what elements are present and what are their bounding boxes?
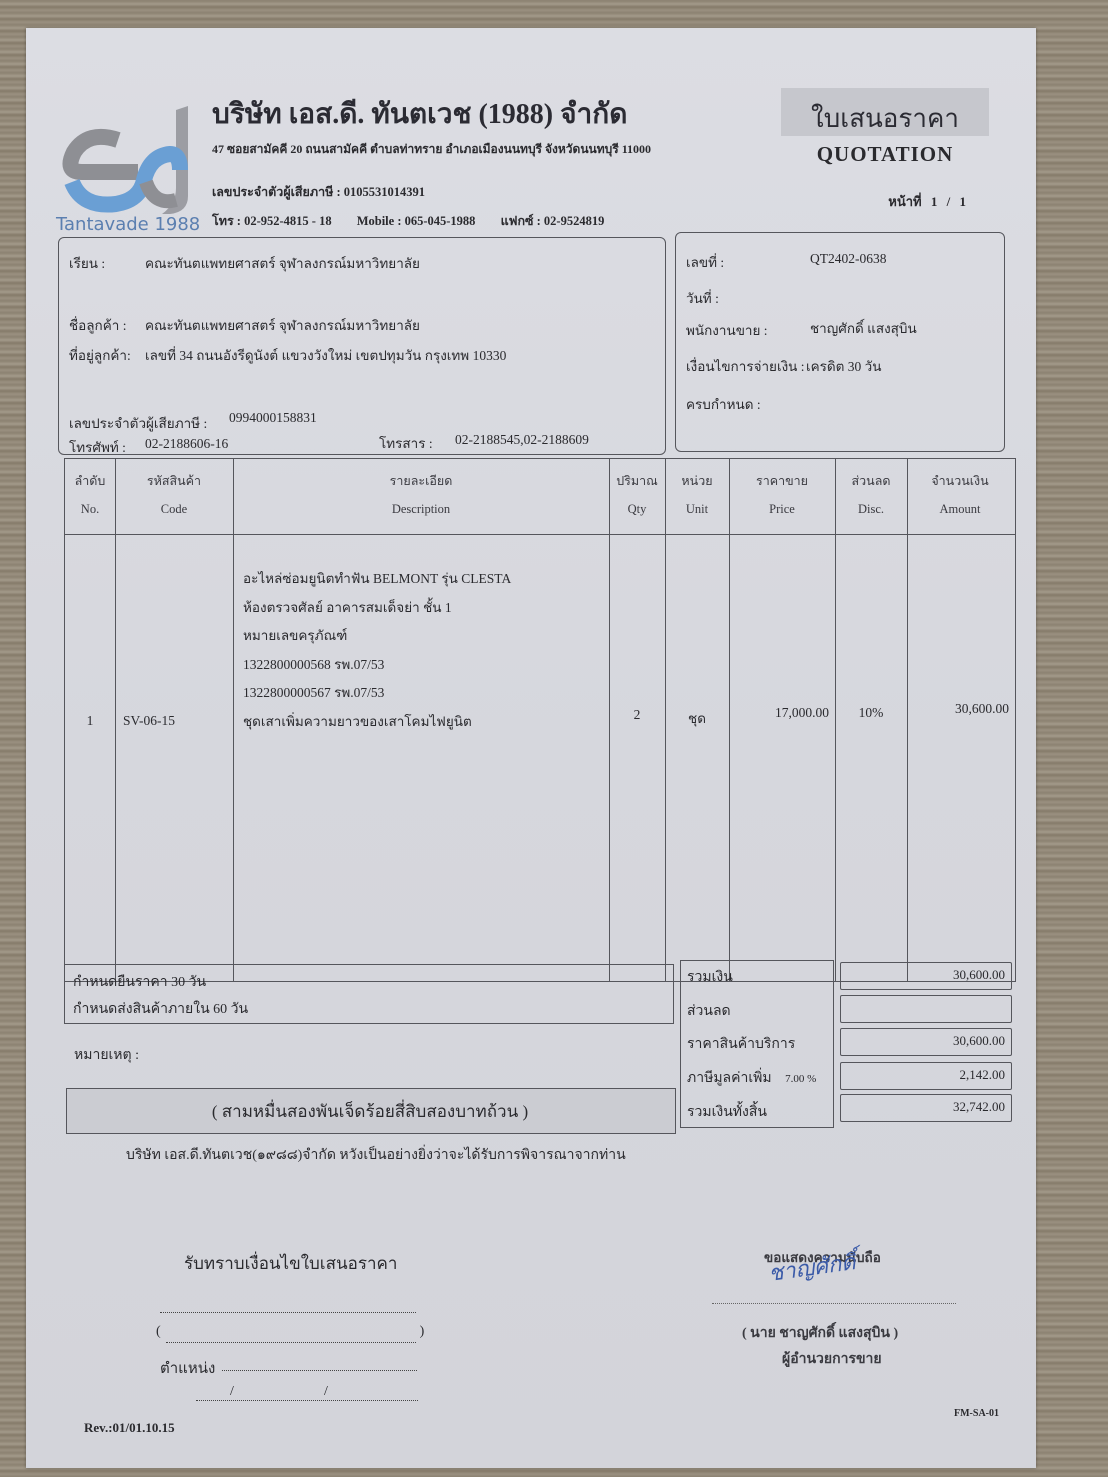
row-qty: 2: [609, 707, 665, 723]
col-header-amount: จำนวนเงิน Amount: [907, 467, 1013, 523]
attn-value: คณะทันตแพทยศาสตร์ จุฬาลงกรณ์มหาวิทยาลัย: [145, 252, 420, 274]
col-header-no: ลำดับ No.: [65, 467, 115, 523]
date-separator: /: [324, 1384, 328, 1400]
payment-terms-label: เงื่อนไขการจ่ายเงิน :: [686, 355, 805, 377]
row-amount: 30,600.00: [907, 701, 1009, 717]
customer-name-line: [166, 1342, 416, 1343]
total-label: รวมเงินทั้งสิ้น: [687, 1096, 827, 1130]
row-disc: 10%: [835, 705, 907, 721]
signer-name: ( นาย ชาญศักดิ์ แสงสุบิน ): [742, 1322, 898, 1344]
customer-name-value: คณะทันตแพทยศาสตร์ จุฬาลงกรณ์มหาวิทยาลัย: [145, 314, 420, 336]
thanks-message: บริษัท เอส.ดี.ทันตเวช(๑๙๘๘)จำกัด หวังเป็…: [126, 1144, 626, 1166]
customer-phone-label: โทรศัพท์ :: [69, 436, 126, 458]
company-name: บริษัท เอส.ดี. ทันตเวช (1988) จำกัด: [212, 92, 627, 136]
date-separator: /: [230, 1384, 234, 1400]
items-table: ลำดับ No. รหัสสินค้า Code รายละเอียด Des…: [64, 458, 1016, 982]
quote-no-label: เลขที่ :: [686, 251, 724, 273]
doc-title-en: QUOTATION: [781, 142, 989, 167]
summary-labels-box: รวมเงิน ส่วนลด ราคาสินค้าบริการ ภาษีมูลค…: [680, 960, 834, 1128]
customer-signature-line: [160, 1312, 416, 1313]
date-label: วันที่ :: [686, 287, 719, 309]
amount-in-words: ( สามหมื่นสองพันเจ็ดร้อยสี่สิบสองบาทถ้วน…: [66, 1098, 674, 1125]
customer-fax-label: โทรสาร :: [379, 432, 433, 454]
salesperson-label: พนักงานขาย :: [686, 319, 768, 341]
page-number: หน้าที่ 1 / 1: [806, 191, 966, 212]
company-mobile: Mobile : 065-045-1988: [357, 214, 476, 228]
customer-info-box: เรียน : คณะทันตแพทยศาสตร์ จุฬาลงกรณ์มหาว…: [58, 237, 666, 455]
col-header-qty: ปริมาณ Qty: [609, 467, 665, 523]
col-header-disc: ส่วนลด Disc.: [835, 467, 907, 523]
row-no: 1: [65, 713, 115, 729]
customer-tax-id-value: 0994000158831: [229, 410, 317, 426]
company-phone: โทร : 02-952-4815 - 18: [212, 214, 332, 228]
acceptance-date-line: [196, 1400, 418, 1401]
conditions-box: กำหนดยืนราคา 30 วัน กำหนดส่งสินค้าภายใน …: [64, 964, 674, 1024]
logo-wordmark: Tantavade 1988: [56, 214, 200, 235]
signer-title: ผู้อำนวยการขาย: [782, 1348, 882, 1370]
company-contact: โทร : 02-952-4815 - 18 Mobile : 065-045-…: [212, 211, 626, 231]
company-fax: แฟกซ์ : 02-9524819: [501, 214, 605, 228]
attn-label: เรียน :: [69, 252, 105, 274]
discount-value: [840, 995, 1012, 1023]
col-header-unit: หน่วย Unit: [665, 467, 729, 523]
quote-no-value: QT2402-0638: [810, 251, 887, 267]
form-code: FM-SA-01: [954, 1408, 999, 1419]
note-label: หมายเหตุ :: [74, 1044, 139, 1066]
vat-value: 2,142.00: [840, 1062, 1012, 1090]
payment-terms-value: เครดิต 30 วัน: [806, 355, 882, 377]
customer-fax-value: 02-2188545,02-2188609: [455, 432, 589, 448]
condition-price-validity: กำหนดยืนราคา 30 วัน: [73, 969, 665, 996]
discount-label: ส่วนลด: [687, 995, 827, 1029]
position-label: ตำแหน่ง: [160, 1356, 215, 1380]
col-header-description: รายละเอียด Description: [233, 467, 609, 523]
revision-code: Rev.:01/01.10.15: [84, 1420, 175, 1436]
total-value: 32,742.00: [840, 1094, 1012, 1122]
net-value: 30,600.00: [840, 1028, 1012, 1056]
quotation-document: Tantavade 1988 บริษัท เอส.ดี. ทันตเวช (1…: [26, 28, 1036, 1468]
company-logo-icon: [58, 100, 198, 220]
position-line: [222, 1370, 417, 1371]
condition-delivery: กำหนดส่งสินค้าภายใน 60 วัน: [73, 996, 665, 1023]
customer-phone-value: 02-2188606-16: [145, 436, 228, 452]
row-code: SV-06-15: [123, 713, 175, 729]
company-tax-id: เลขประจำตัวผู้เสียภาษี : 0105531014391: [212, 182, 425, 202]
customer-name-parens: ( ): [156, 1324, 424, 1340]
customer-address-value: เลขที่ 34 ถนนอังรีดูนังต์ แขวงวังใหม่ เข…: [145, 344, 506, 366]
net-label: ราคาสินค้าบริการ: [687, 1028, 827, 1062]
company-tax-id-value: 0105531014391: [344, 185, 425, 199]
col-header-code: รหัสสินค้า Code: [115, 467, 233, 523]
subtotal-label: รวมเงิน: [687, 961, 827, 995]
customer-tax-id-label: เลขประจำตัวผู้เสียภาษี :: [69, 412, 207, 434]
acceptance-title: รับทราบเงื่อนไขใบเสนอราคา: [184, 1250, 397, 1277]
company-address: 47 ซอยสามัคคี 20 ถนนสามัคคี ตำบลท่าทราย …: [212, 140, 651, 159]
doc-title-th: ใบเสนอราคา: [781, 98, 989, 139]
col-header-price: ราคาขาย Price: [729, 467, 835, 523]
vat-label: ภาษีมูลค่าเพิ่ม 7.00 %: [687, 1062, 827, 1097]
reference-info-box: เลขที่ : QT2402-0638 วันที่ : พนักงานขาย…: [675, 232, 1005, 452]
salesperson-value: ชาญศักดิ์ แสงสุบิน: [810, 317, 917, 339]
row-description: อะไหล่ซ่อมยูนิตทำฟัน BELMONT รุ่น CLESTA…: [243, 565, 511, 736]
customer-address-label: ที่อยู่ลูกค้า:: [69, 344, 131, 366]
due-date-label: ครบกำหนด :: [686, 393, 761, 415]
vat-rate: 7.00 %: [785, 1073, 816, 1085]
page-label: หน้าที่: [888, 194, 921, 209]
subtotal-value: 30,600.00: [840, 962, 1012, 990]
row-price: 17,000.00: [729, 705, 829, 721]
sales-signature-line: [712, 1303, 956, 1304]
company-tax-id-label: เลขประจำตัวผู้เสียภาษี :: [212, 185, 341, 199]
customer-name-label: ชื่อลูกค้า :: [69, 314, 126, 336]
row-unit: ชุด: [665, 707, 729, 729]
page-value: 1 / 1: [931, 194, 966, 209]
